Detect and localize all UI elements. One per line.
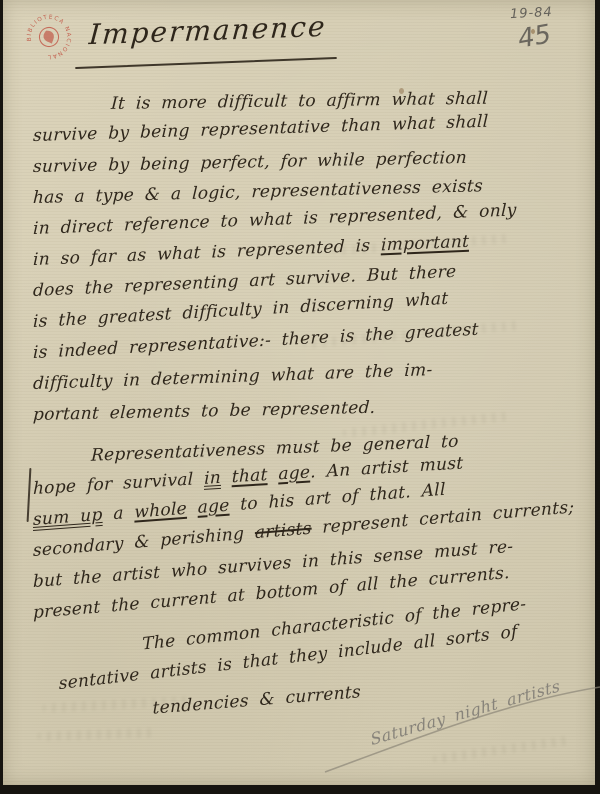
page-number: 45: [516, 19, 554, 54]
text-segment: tendencies & currents: [153, 682, 362, 718]
text-segment: [268, 464, 279, 485]
text-segment: [187, 498, 198, 519]
text-segment: important: [381, 232, 470, 256]
library-stamp: BIBLIOTECA NACIONAL: [15, 3, 84, 72]
paragraph: The common characteristic of the repre-s…: [33, 641, 583, 734]
scanned-manuscript-page: { "colors": { "paper": "#d7cfb5", "ink":…: [0, 0, 600, 794]
manuscript: It is more difficult to affirm what shal…: [33, 90, 583, 734]
text-segment: whole: [134, 499, 187, 523]
paper-speck: [399, 88, 404, 94]
paper-speck: [531, 29, 535, 34]
library-stamp-icon: BIBLIOTECA NACIONAL: [15, 3, 84, 72]
margin-stroke: [27, 468, 32, 522]
showthrough-smudge: [433, 735, 573, 763]
text-segment: age: [198, 496, 230, 518]
stamp-emblem: [41, 29, 56, 46]
text-segment: age: [278, 462, 310, 484]
text-segment: in: [204, 468, 221, 489]
paper-sheet: BIBLIOTECA NACIONAL Impermanence 19-84 4…: [3, 0, 595, 785]
text-segment: artists: [255, 519, 312, 544]
paragraph: It is more difficult to affirm what shal…: [33, 90, 583, 431]
title-underline: [75, 57, 337, 69]
page-title: Impermanence: [88, 10, 328, 51]
text-segment: a: [103, 503, 135, 525]
text-segment: portant elements to be represented.: [33, 398, 376, 425]
text-segment: [221, 467, 232, 488]
text-segment: sum up: [33, 505, 103, 530]
text-segment: that: [232, 465, 268, 487]
